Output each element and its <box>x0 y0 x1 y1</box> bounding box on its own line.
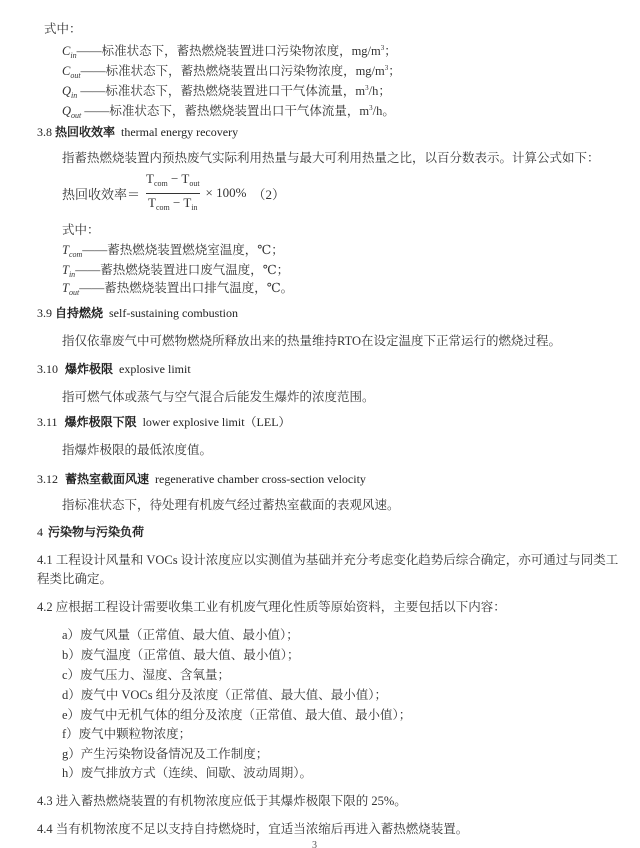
section-3-10-body: 指可燃气体或蒸气与空气混合后能发生爆炸的浓度范围。 <box>62 389 375 405</box>
section-4-4: 4.4 当有机物浓度不足以支持自持燃烧时，宜适当浓缩后再进入蓄热燃烧装置。 <box>37 821 468 837</box>
section-3-12-body: 指标准状态下，待处理有机废气经过蓄热室截面的表观风速。 <box>62 497 400 513</box>
list-item-h: h）废气排放方式（连续、间歇、波动周期）。 <box>62 765 312 781</box>
section-4-2: 4.2 应根据工程设计需要收集工业有机废气理化性质等原始资料，主要包括以下内容： <box>37 599 506 615</box>
definition-t-out: Tout——蓄热燃烧装置出口排气温度，℃。 <box>62 280 293 301</box>
section-3-11-heading: 3.11爆炸极限下限lower explosive limit（LEL） <box>37 414 291 430</box>
section-4-3: 4.3 进入蓄热燃烧装置的有机物浓度应低于其爆炸极限下限的 25%。 <box>37 793 407 809</box>
section-4-1-line2: 程类比确定。 <box>37 571 112 587</box>
formula-fraction: Tcom − Tout Tcom − Tin <box>146 170 200 217</box>
list-item-f: f）废气中颗粒物浓度； <box>62 726 191 742</box>
section-3-11-body: 指爆炸极限的最低浓度值。 <box>62 442 212 458</box>
list-item-a: a）废气风量（正常值、最大值、最小值）； <box>62 627 299 643</box>
section-3-9-body: 指仅依靠废气中可燃物燃烧所释放出来的热量维持RTO在设定温度下正常运行的燃烧过程… <box>62 333 561 349</box>
document-page: 式中： Cin——标准状态下，蓄热燃烧装置进口污染物浓度，mg/m3； Cout… <box>0 0 640 848</box>
formula-lhs: 热回收效率＝ <box>62 184 140 203</box>
definition-t-com: Tcom——蓄热燃烧装置燃烧室温度，℃； <box>62 242 284 263</box>
section-3-12-heading: 3.12蓄热室截面风速regenerative chamber cross-se… <box>37 471 366 487</box>
where-label: 式中： <box>44 21 82 37</box>
section-4-1-line1: 4.1 工程设计风量和 VOCs 设计浓度应以实测值为基础并充分考虑变化趋势后综… <box>37 552 618 568</box>
equation-number: （2） <box>252 184 285 203</box>
section-3-8-heading: 3.8热回收效率thermal energy recovery <box>37 124 238 140</box>
list-item-g: g）产生污染物设备情况及工作制度； <box>62 746 268 762</box>
page-number: 3 <box>312 840 317 848</box>
where-label-2: 式中： <box>62 222 100 238</box>
heat-recovery-formula: 热回收效率＝ Tcom − Tout Tcom − Tin × 100% （2） <box>62 170 285 216</box>
list-item-d: d）废气中 VOCs 组分及浓度（正常值、最大值、最小值）； <box>62 687 387 703</box>
section-3-10-heading: 3.10爆炸极限explosive limit <box>37 361 191 377</box>
section-3-9-heading: 3.9自持燃烧self-sustaining combustion <box>37 305 238 321</box>
list-item-c: c）废气压力、湿度、含氧量； <box>62 667 230 683</box>
definition-q-out: Qout ——标准状态下，蓄热燃烧装置出口干气体流量，m3/h。 <box>62 100 395 124</box>
section-4-heading: 4污染物与污染负荷 <box>37 524 144 540</box>
section-3-8-body: 指蓄热燃烧装置内预热废气实际利用热量与最大可利用热量之比，以百分数表示。计算公式… <box>62 150 600 166</box>
list-item-b: b）废气温度（正常值、最大值、最小值）； <box>62 647 300 663</box>
list-item-e: e）废气中无机气体的组分及浓度（正常值、最大值、最小值）； <box>62 707 411 723</box>
